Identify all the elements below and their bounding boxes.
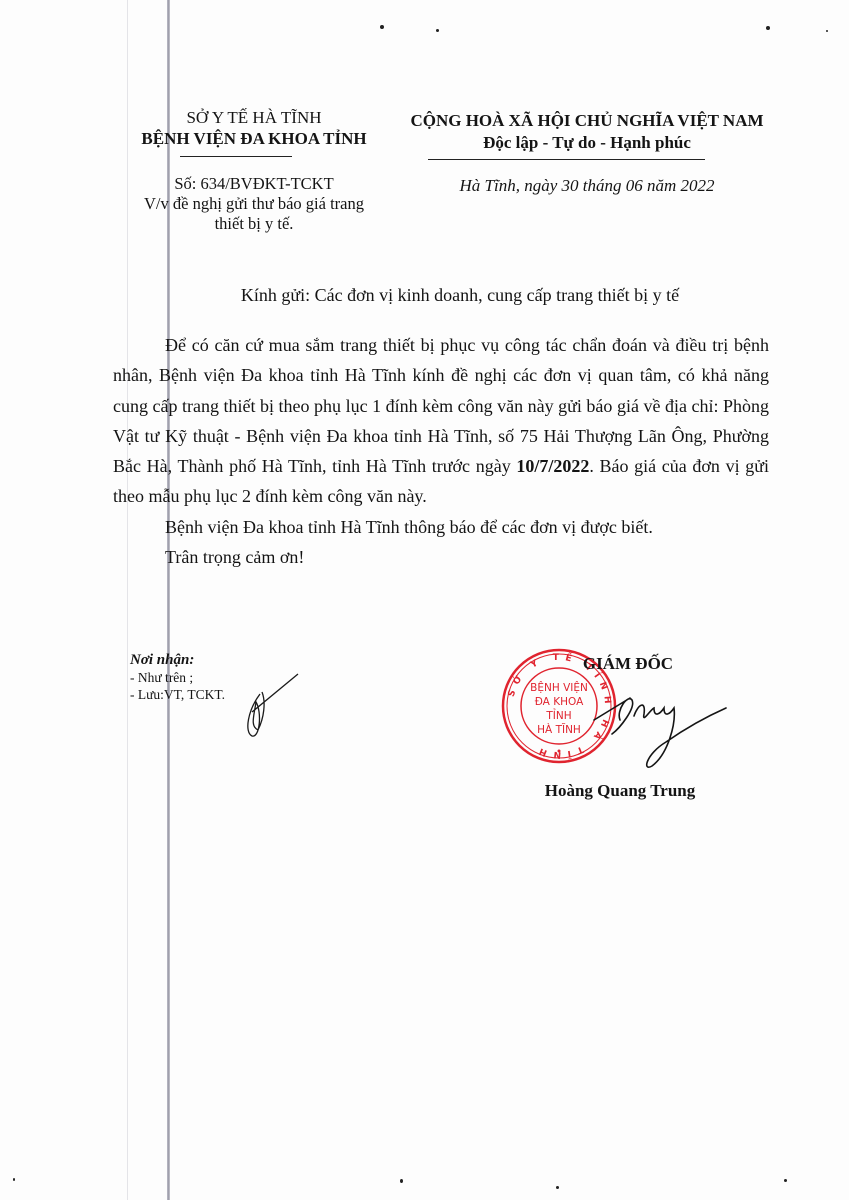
scan-speck <box>400 1179 403 1183</box>
subject-line: thiết bị y tế. <box>104 214 404 234</box>
deadline-date: 10/7/2022 <box>516 456 589 476</box>
closing-line: Trân trọng cảm ơn! <box>113 542 769 572</box>
initials-signature-icon <box>240 672 300 742</box>
reference-block: Số: 634/BVĐKT-TCKT V/v đề nghị gửi thư b… <box>104 174 404 234</box>
signatory-name: Hoàng Quang Trung <box>510 781 730 801</box>
place-date: Hà Tĩnh, ngày 30 tháng 06 năm 2022 <box>372 175 802 197</box>
organization-name: BỆNH VIỆN ĐA KHOA TỈNH <box>104 128 404 150</box>
recipients-block: Nơi nhận: - Như trên ; - Lưu:VT, TCKT. <box>130 652 225 703</box>
national-motto: Độc lập - Tự do - Hạnh phúc <box>372 132 802 154</box>
scan-speck <box>766 26 770 30</box>
agency-name: SỞ Y TẾ HÀ TĨNH <box>104 108 404 128</box>
body-paragraph: Để có căn cứ mua sắm trang thiết bị phục… <box>113 330 769 512</box>
salutation: Kính gửi: Các đơn vị kinh doanh, cung cấ… <box>120 285 800 306</box>
recipient-item: - Lưu:VT, TCKT. <box>130 686 225 703</box>
svg-text:HÀ TĨNH: HÀ TĨNH <box>537 723 581 736</box>
scan-speck <box>13 1178 15 1181</box>
signatory-title: GIÁM ĐỐC <box>538 654 718 674</box>
document-number: Số: 634/BVĐKT-TCKT <box>104 174 404 194</box>
svg-text:TỈNH: TỈNH <box>545 708 571 722</box>
underline-divider <box>428 159 705 160</box>
director-signature-icon <box>590 680 730 780</box>
country-name: CỘNG HOÀ XÃ HỘI CHỦ NGHĨA VIỆT NAM <box>372 110 802 132</box>
scan-speck <box>556 1186 559 1189</box>
scan-speck <box>826 30 828 32</box>
svg-text:ĐA KHOA: ĐA KHOA <box>535 696 584 708</box>
svg-text:BỆNH VIỆN: BỆNH VIỆN <box>530 681 588 694</box>
issuing-agency-block: SỞ Y TẾ HÀ TĨNH BỆNH VIỆN ĐA KHOA TỈNH <box>104 108 404 150</box>
scan-speck <box>784 1179 787 1182</box>
recipient-item: - Như trên ; <box>130 669 225 686</box>
scan-speck <box>380 25 384 29</box>
scan-speck <box>436 29 439 32</box>
subject-line: V/v đề nghị gửi thư báo giá trang <box>104 194 404 214</box>
underline-divider <box>180 156 292 157</box>
national-header-block: CỘNG HOÀ XÃ HỘI CHỦ NGHĨA VIỆT NAM Độc l… <box>372 110 802 154</box>
recipients-title: Nơi nhận: <box>130 652 225 669</box>
body-paragraph: Bệnh viện Đa khoa tỉnh Hà Tĩnh thông báo… <box>113 512 769 542</box>
letter-body: Để có căn cứ mua sắm trang thiết bị phục… <box>113 330 769 572</box>
